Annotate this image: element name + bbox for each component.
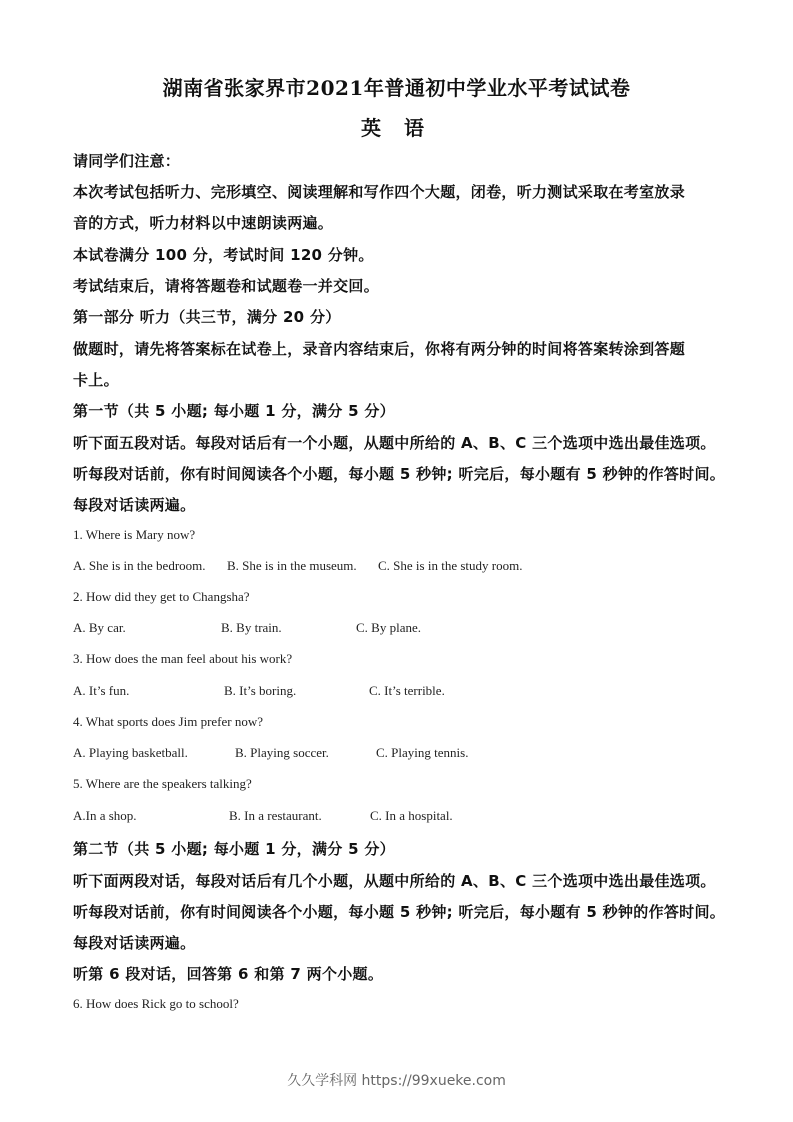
notice-line: 本次考试包括听力、完形填空、阅读理解和写作四个大题，闭卷，听力测试采取在考室放录 bbox=[73, 181, 685, 202]
question-1-option-a: A. She is in the bedroom. bbox=[73, 558, 206, 574]
question-4-option-c: C. Playing tennis. bbox=[376, 745, 468, 761]
section1-instruction: 听每段对话前，你有时间阅读各个小题，每小题 5 秒钟; 听完后，每小题有 5 秒… bbox=[73, 463, 725, 484]
part1-instruction: 卡上。 bbox=[73, 369, 119, 390]
question-3-option-a: A. It’s fun. bbox=[73, 683, 129, 699]
question-2-option-a: A. By car. bbox=[73, 620, 126, 636]
question-5: 5. Where are the speakers talking? bbox=[73, 776, 252, 792]
notice-line: 本试卷满分 100 分，考试时间 120 分钟。 bbox=[73, 244, 374, 265]
watermark-footer: 久久学科网 https://99xueke.com bbox=[0, 1070, 793, 1090]
notice-heading: 请同学们注意： bbox=[73, 150, 180, 171]
question-5-option-c: C. In a hospital. bbox=[370, 808, 453, 824]
question-5-option-b: B. In a restaurant. bbox=[229, 808, 322, 824]
question-3: 3. How does the man feel about his work? bbox=[73, 651, 292, 667]
part1-instruction: 做题时，请先将答案标在试卷上，录音内容结束后，你将有两分钟的时间将答案转涂到答题 bbox=[73, 338, 685, 359]
question-1-option-b: B. She is in the museum. bbox=[227, 558, 357, 574]
question-4: 4. What sports does Jim prefer now? bbox=[73, 714, 263, 730]
question-1-option-c: C. She is in the study room. bbox=[378, 558, 522, 574]
question-3-option-c: C. It’s terrible. bbox=[369, 683, 445, 699]
exam-page: 湖南省张家界市2021年普通初中学业水平考试试卷 英 语 请同学们注意： 本次考… bbox=[0, 0, 793, 1122]
notice-line: 考试结束后，请将答题卷和试题卷一并交回。 bbox=[73, 275, 379, 296]
section2-instruction: 听下面两段对话，每段对话后有几个小题，从题中所给的 A、B、C 三个选项中选出最… bbox=[73, 870, 716, 891]
part1-heading: 第一部分 听力（共三节，满分 20 分） bbox=[73, 306, 341, 327]
question-4-option-a: A. Playing basketball. bbox=[73, 745, 188, 761]
section2-heading: 第二节（共 5 小题; 每小题 1 分，满分 5 分） bbox=[73, 838, 395, 859]
section1-instruction: 每段对话读两遍。 bbox=[73, 494, 195, 515]
section1-instruction: 听下面五段对话。每段对话后有一个小题，从题中所给的 A、B、C 三个选项中选出最… bbox=[73, 432, 716, 453]
section1-heading: 第一节（共 5 小题; 每小题 1 分，满分 5 分） bbox=[73, 400, 395, 421]
question-4-option-b: B. Playing soccer. bbox=[235, 745, 329, 761]
exam-title: 湖南省张家界市2021年普通初中学业水平考试试卷 bbox=[0, 72, 793, 101]
dialogue-note: 听第 6 段对话，回答第 6 和第 7 两个小题。 bbox=[73, 963, 383, 984]
question-2-option-c: C. By plane. bbox=[356, 620, 421, 636]
question-1: 1. Where is Mary now? bbox=[73, 527, 195, 543]
question-2: 2. How did they get to Changsha? bbox=[73, 589, 250, 605]
notice-line: 音的方式，听力材料以中速朗读两遍。 bbox=[73, 212, 333, 233]
exam-subject: 英 语 bbox=[0, 112, 793, 141]
section2-instruction: 每段对话读两遍。 bbox=[73, 932, 195, 953]
question-6: 6. How does Rick go to school? bbox=[73, 996, 239, 1012]
section2-instruction: 听每段对话前，你有时间阅读各个小题，每小题 5 秒钟; 听完后，每小题有 5 秒… bbox=[73, 901, 725, 922]
question-3-option-b: B. It’s boring. bbox=[224, 683, 296, 699]
question-5-option-a: A.In a shop. bbox=[73, 808, 137, 824]
question-2-option-b: B. By train. bbox=[221, 620, 282, 636]
